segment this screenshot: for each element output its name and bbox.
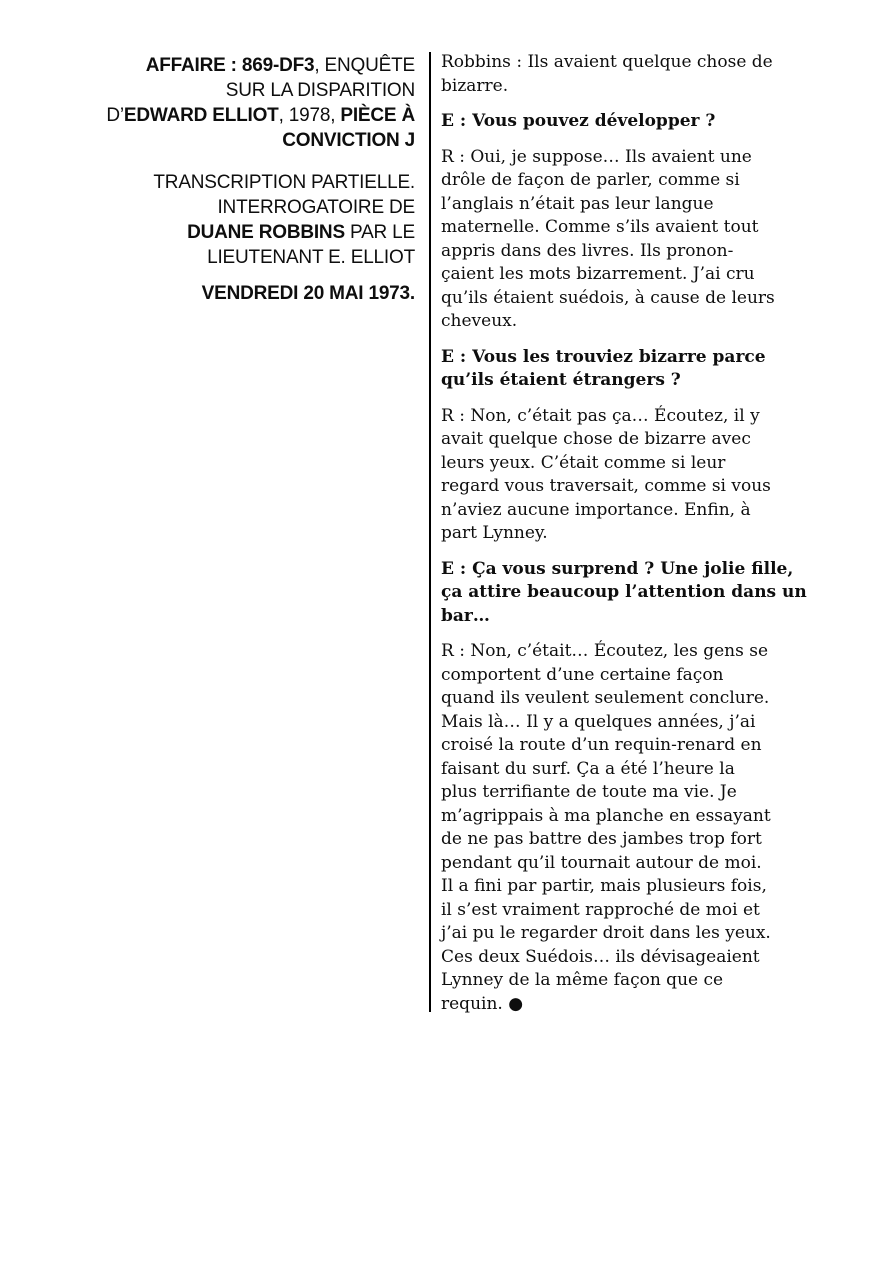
exhibit-label-part2: CONVICTION J bbox=[282, 130, 415, 151]
case-line-2: SUR LA DISPARITION bbox=[25, 78, 415, 103]
transcript-paragraph-answer-1: R : Oui, je suppose… Ils avaient une drô… bbox=[441, 146, 865, 334]
interrogation-line-3-regular: PAR LE bbox=[345, 222, 415, 243]
case-line-4: CONVICTION J bbox=[25, 128, 415, 153]
victim-name: EDWARD ELLIOT bbox=[124, 105, 279, 126]
case-info-block: AFFAIRE : 869-DF3, ENQUÊTE SUR LA DISPAR… bbox=[25, 53, 415, 153]
interrogation-line-2: INTERROGATOIRE DE bbox=[25, 195, 415, 220]
case-number: AFFAIRE : 869-DF3 bbox=[146, 55, 315, 76]
transcript-paragraph-question-2: E : Vous les trouviez bizarre parce qu’i… bbox=[441, 346, 865, 393]
transcript-paragraph-answer-2: R : Non, c’était pas ça… Écoutez, il y a… bbox=[441, 405, 865, 546]
transcript-paragraph-answer-3: R : Non, c’était… Écoutez, les gens se c… bbox=[441, 640, 865, 1016]
column-divider-rule bbox=[429, 52, 431, 1012]
transcript-paragraph-question-3: E : Ça vous surprend ? Une jolie fille, … bbox=[441, 558, 865, 629]
interrogation-line-1: TRANSCRIPTION PARTIELLE. bbox=[25, 170, 415, 195]
case-line-3: D’EDWARD ELLIOT, 1978, PIÈCE À bbox=[25, 103, 415, 128]
witness-name: DUANE ROBBINS bbox=[187, 222, 345, 243]
case-header-column: AFFAIRE : 869-DF3, ENQUÊTE SUR LA DISPAR… bbox=[25, 53, 415, 306]
transcript-paragraph-robbins-1: Robbins : Ils avaient quelque chose de b… bbox=[441, 51, 865, 98]
interrogation-info-block: TRANSCRIPTION PARTIELLE. INTERROGATOIRE … bbox=[25, 170, 415, 270]
case-line-3-pre: D’ bbox=[106, 105, 124, 126]
transcript-column: Robbins : Ils avaient quelque chose de b… bbox=[441, 51, 865, 1016]
end-mark-icon: ● bbox=[508, 994, 523, 1014]
interrogation-line-4: LIEUTENANT E. ELLIOT bbox=[25, 245, 415, 270]
date-line: VENDREDI 20 MAI 1973. bbox=[25, 281, 415, 306]
exhibit-label-part1: PIÈCE À bbox=[340, 105, 415, 126]
case-line-1-regular: , ENQUÊTE bbox=[314, 55, 415, 76]
case-line-3-mid: , 1978, bbox=[279, 105, 341, 126]
paragraph-text: R : Non, c’était… Écoutez, les gens se c… bbox=[441, 641, 771, 1014]
interrogation-line-3: DUANE ROBBINS PAR LE bbox=[25, 220, 415, 245]
book-page: AFFAIRE : 869-DF3, ENQUÊTE SUR LA DISPAR… bbox=[0, 0, 885, 1263]
case-line-1: AFFAIRE : 869-DF3, ENQUÊTE bbox=[25, 53, 415, 78]
transcript-paragraph-question-1: E : Vous pouvez développer ? bbox=[441, 110, 865, 134]
